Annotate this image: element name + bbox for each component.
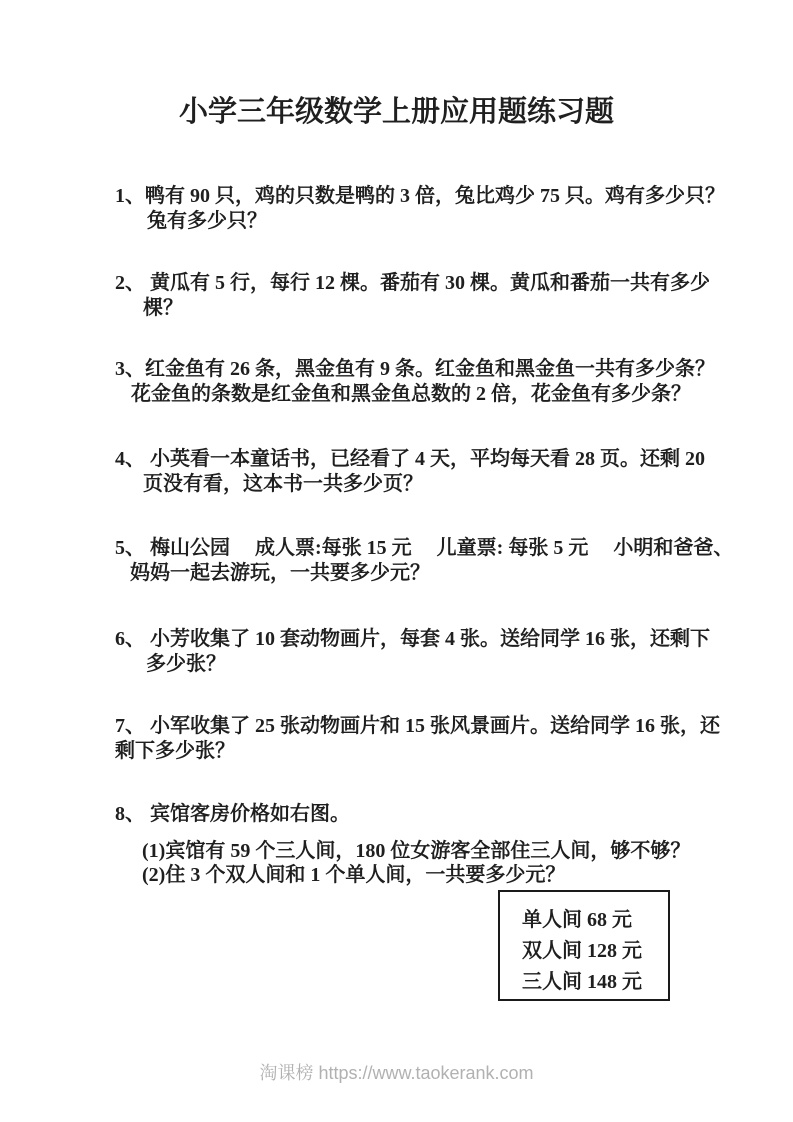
question-5-line-1: 5、 梅山公园 成人票:每张 15 元 儿童票: 每张 5 元 小明和爸爸、 [115,536,715,561]
question-5-line-2: 妈妈一起去游玩，一共要多少元？ [130,561,715,586]
question-6-line-2: 多少张？ [146,652,715,677]
question-7: 7、 小军收集了 25 张动物画片和 15 张风景画片。送给同学 16 张，还 … [115,714,715,764]
question-3-line-2: 花金鱼的条数是红金鱼和黑金鱼总数的 2 倍，花金鱼有多少条？ [131,382,715,407]
question-6: 6、 小芳收集了 10 套动物画片，每套 4 张。送给同学 16 张，还剩下 多… [115,627,715,677]
question-8: 8、 宾馆客房价格如右图。 (1)宾馆有 59 个三人间，180 位女游客全部住… [115,802,715,887]
worksheet-page: 小学三年级数学上册应用题练习题 1、鸭有 90 只，鸡的只数是鸭的 3 倍，兔比… [0,0,793,1122]
watermark-footer: 淘课榜 https://www.taokerank.com [0,1062,793,1084]
price-row-single: 单人间 68 元 [522,905,668,936]
question-4: 4、 小英看一本童话书，已经看了 4 天，平均每天看 28 页。还剩 20 页没… [115,447,715,497]
question-7-line-1: 7、 小军收集了 25 张动物画片和 15 张风景画片。送给同学 16 张，还 [115,714,715,739]
question-8-line-1: 8、 宾馆客房价格如右图。 [115,802,715,827]
question-1-line-1: 1、鸭有 90 只，鸡的只数是鸭的 3 倍，兔比鸡少 75 只。鸡有多少只？ [115,184,715,209]
question-1: 1、鸭有 90 只，鸡的只数是鸭的 3 倍，兔比鸡少 75 只。鸡有多少只？ 兔… [115,184,715,234]
question-2-line-2: 棵？ [143,296,715,321]
question-5: 5、 梅山公园 成人票:每张 15 元 儿童票: 每张 5 元 小明和爸爸、 妈… [115,536,715,586]
q8-subitem-2: (2)住 3 个双人间和 1 个单人间，一共要多少元？ [142,863,715,887]
question-6-line-1: 6、 小芳收集了 10 套动物画片，每套 4 张。送给同学 16 张，还剩下 [115,627,715,652]
price-row-double: 双人间 128 元 [522,936,668,967]
question-3: 3、红金鱼有 26 条，黑金鱼有 9 条。红金鱼和黑金鱼一共有多少条？ 花金鱼的… [115,357,715,407]
question-2: 2、 黄瓜有 5 行，每行 12 棵。番茄有 30 棵。黄瓜和番茄一共有多少 棵… [115,271,715,321]
room-price-box: 单人间 68 元 双人间 128 元 三人间 148 元 [498,890,670,1001]
page-title: 小学三年级数学上册应用题练习题 [0,94,793,130]
question-3-line-1: 3、红金鱼有 26 条，黑金鱼有 9 条。红金鱼和黑金鱼一共有多少条？ [115,357,715,382]
question-4-line-1: 4、 小英看一本童话书，已经看了 4 天，平均每天看 28 页。还剩 20 [115,447,715,472]
question-1-line-2: 兔有多少只？ [147,209,715,234]
question-7-line-2: 剩下多少张？ [115,739,715,764]
question-2-line-1: 2、 黄瓜有 5 行，每行 12 棵。番茄有 30 棵。黄瓜和番茄一共有多少 [115,271,715,296]
price-row-triple: 三人间 148 元 [522,967,668,998]
q8-subitem-1: (1)宾馆有 59 个三人间，180 位女游客全部住三人间，够不够？ [142,839,715,863]
question-4-line-2: 页没有看，这本书一共多少页？ [143,472,715,497]
